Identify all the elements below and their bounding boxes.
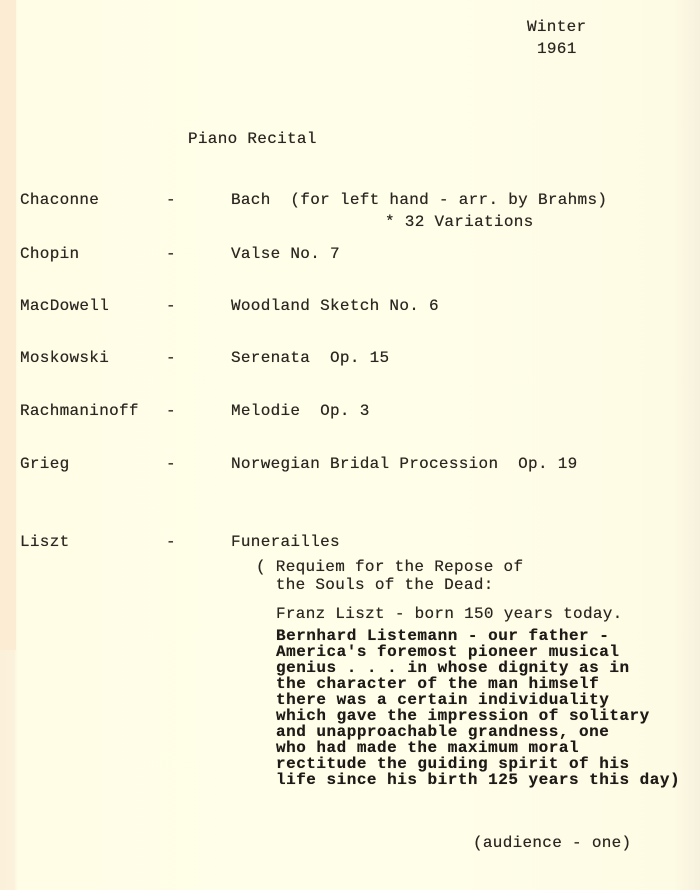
composer-label: MacDowell bbox=[20, 297, 109, 315]
audience-note: (audience - one) bbox=[473, 834, 631, 852]
birth-line: Franz Liszt - born 150 years today. bbox=[276, 605, 623, 623]
work-note: * 32 Variations bbox=[385, 213, 534, 231]
tribute-line: which gave the impression of solitary bbox=[276, 709, 650, 723]
tribute-line: genius . . . in whose dignity as in bbox=[276, 661, 630, 675]
tribute-line: Bernhard Listemann - our father - bbox=[276, 629, 609, 643]
work-title: Serenata Op. 15 bbox=[231, 349, 389, 367]
composer-label: Chaconne bbox=[20, 191, 99, 209]
composer-label: Moskowski bbox=[20, 349, 109, 367]
tribute-line: and unapproachable grandness, one bbox=[276, 725, 609, 739]
tribute-line: rectitude the guiding spirit of his bbox=[276, 757, 630, 771]
composer-label: Rachmaninoff bbox=[20, 402, 139, 420]
work-title: Norwegian Bridal Procession Op. 19 bbox=[231, 455, 578, 473]
season-label: Winter bbox=[527, 18, 586, 36]
separator: - bbox=[164, 402, 178, 420]
composer-label: Liszt bbox=[20, 533, 70, 551]
separator: - bbox=[164, 245, 178, 263]
requiem-line: the Souls of the Dead: bbox=[256, 576, 494, 594]
work-title: Bach (for left hand - arr. by Brahms) bbox=[231, 191, 607, 209]
requiem-line: ( Requiem for the Repose of bbox=[256, 558, 523, 576]
composer-label: Grieg bbox=[20, 455, 70, 473]
separator: - bbox=[164, 297, 178, 315]
page-edge-shadow bbox=[0, 0, 16, 650]
tribute-line: there was a certain individuality bbox=[276, 693, 609, 707]
separator: - bbox=[164, 533, 178, 551]
work-title: Valse No. 7 bbox=[231, 245, 340, 263]
composer-label: Chopin bbox=[20, 245, 79, 263]
separator: - bbox=[164, 349, 178, 367]
separator: - bbox=[164, 455, 178, 473]
work-title: Melodie Op. 3 bbox=[231, 402, 370, 420]
year-label: 1961 bbox=[537, 40, 577, 58]
separator: - bbox=[164, 191, 178, 209]
work-title: Woodland Sketch No. 6 bbox=[231, 297, 439, 315]
tribute-line: the character of the man himself bbox=[276, 677, 599, 691]
tribute-line: life since his birth 125 years this day) bbox=[276, 773, 680, 787]
tribute-line: America's foremost pioneer musical bbox=[276, 645, 619, 659]
work-title: Funerailles bbox=[231, 533, 340, 551]
page-title: Piano Recital bbox=[188, 130, 317, 148]
tribute-line: who had made the maximum moral bbox=[276, 741, 579, 755]
